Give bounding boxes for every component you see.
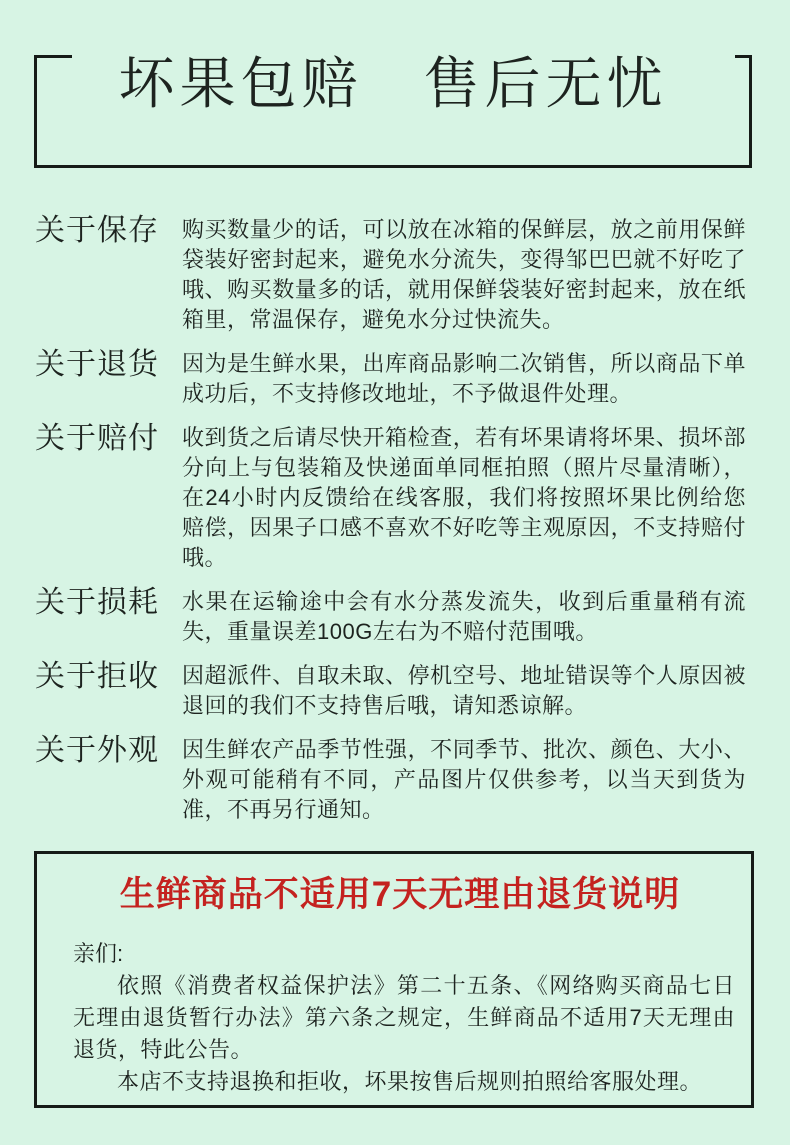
section-row-rejection: 关于拒收 因超派件、自取未取、停机空号、地址错误等个人原因被退回的我们不支持售后… <box>35 661 746 721</box>
guarantee-title: 坏果包赔 售后无忧 <box>37 55 749 113</box>
frame-top-left-segment <box>34 55 72 58</box>
notice-paragraph-law: 依照《消费者权益保护法》第二十五条、《网络购买商品七日无理由退货暂行办法》第六条… <box>73 970 739 1066</box>
section-text-appearance: 因生鲜农产品季节性强，不同季节、批次、颜色、大小、外观可能稍有不同，产品图片仅供… <box>182 735 746 825</box>
section-label-appearance: 关于外观 <box>35 735 182 767</box>
aftersale-policy-page: 坏果包赔 售后无忧 关于保存 购买数量少的话，可以放在冰箱的保鲜层，放之前用保鲜… <box>0 55 790 1108</box>
guarantee-banner-frame: 坏果包赔 售后无忧 <box>34 55 752 168</box>
notice-title: 生鲜商品不适用7天无理由退货说明 <box>73 874 727 916</box>
section-row-wastage: 关于损耗 水果在运输途中会有水分蒸发流失，收到后重量稍有流失，重量误差100G左… <box>35 587 746 647</box>
section-row-storage: 关于保存 购买数量少的话，可以放在冰箱的保鲜层，放之前用保鲜袋装好密封起来，避免… <box>35 215 746 335</box>
section-row-compensation: 关于赔付 收到货之后请尽快开箱检查，若有坏果请将坏果、损坏部分向上与包装箱及快递… <box>35 423 746 573</box>
no-7day-return-notice-box: 生鲜商品不适用7天无理由退货说明 亲们: 依照《消费者权益保护法》第二十五条、《… <box>34 851 754 1108</box>
notice-paragraph-store: 本店不支持退换和拒收，坏果按售后规则拍照给客服处理。 <box>73 1066 739 1098</box>
notice-salutation: 亲们: <box>73 938 739 970</box>
section-label-storage: 关于保存 <box>35 215 182 247</box>
section-text-compensation: 收到货之后请尽快开箱检查，若有坏果请将坏果、损坏部分向上与包装箱及快递面单同框拍… <box>182 423 746 573</box>
frame-top-right-segment <box>735 55 752 58</box>
section-label-wastage: 关于损耗 <box>35 587 182 619</box>
section-text-rejection: 因超派件、自取未取、停机空号、地址错误等个人原因被退回的我们不支持售后哦，请知悉… <box>182 661 746 721</box>
section-row-appearance: 关于外观 因生鲜农产品季节性强，不同季节、批次、颜色、大小、外观可能稍有不同，产… <box>35 735 746 825</box>
section-label-return: 关于退货 <box>35 349 182 381</box>
section-label-compensation: 关于赔付 <box>35 423 182 455</box>
section-row-return: 关于退货 因为是生鲜水果，出库商品影响二次销售，所以商品下单成功后，不支持修改地… <box>35 349 746 409</box>
section-text-return: 因为是生鲜水果，出库商品影响二次销售，所以商品下单成功后，不支持修改地址，不予做… <box>182 349 746 409</box>
policy-sections: 关于保存 购买数量少的话，可以放在冰箱的保鲜层，放之前用保鲜袋装好密封起来，避免… <box>35 215 746 825</box>
section-text-storage: 购买数量少的话，可以放在冰箱的保鲜层，放之前用保鲜袋装好密封起来，避免水分流失，… <box>182 215 746 335</box>
section-text-wastage: 水果在运输途中会有水分蒸发流失，收到后重量稍有流失，重量误差100G左右为不赔付… <box>182 587 746 647</box>
section-label-rejection: 关于拒收 <box>35 661 182 693</box>
